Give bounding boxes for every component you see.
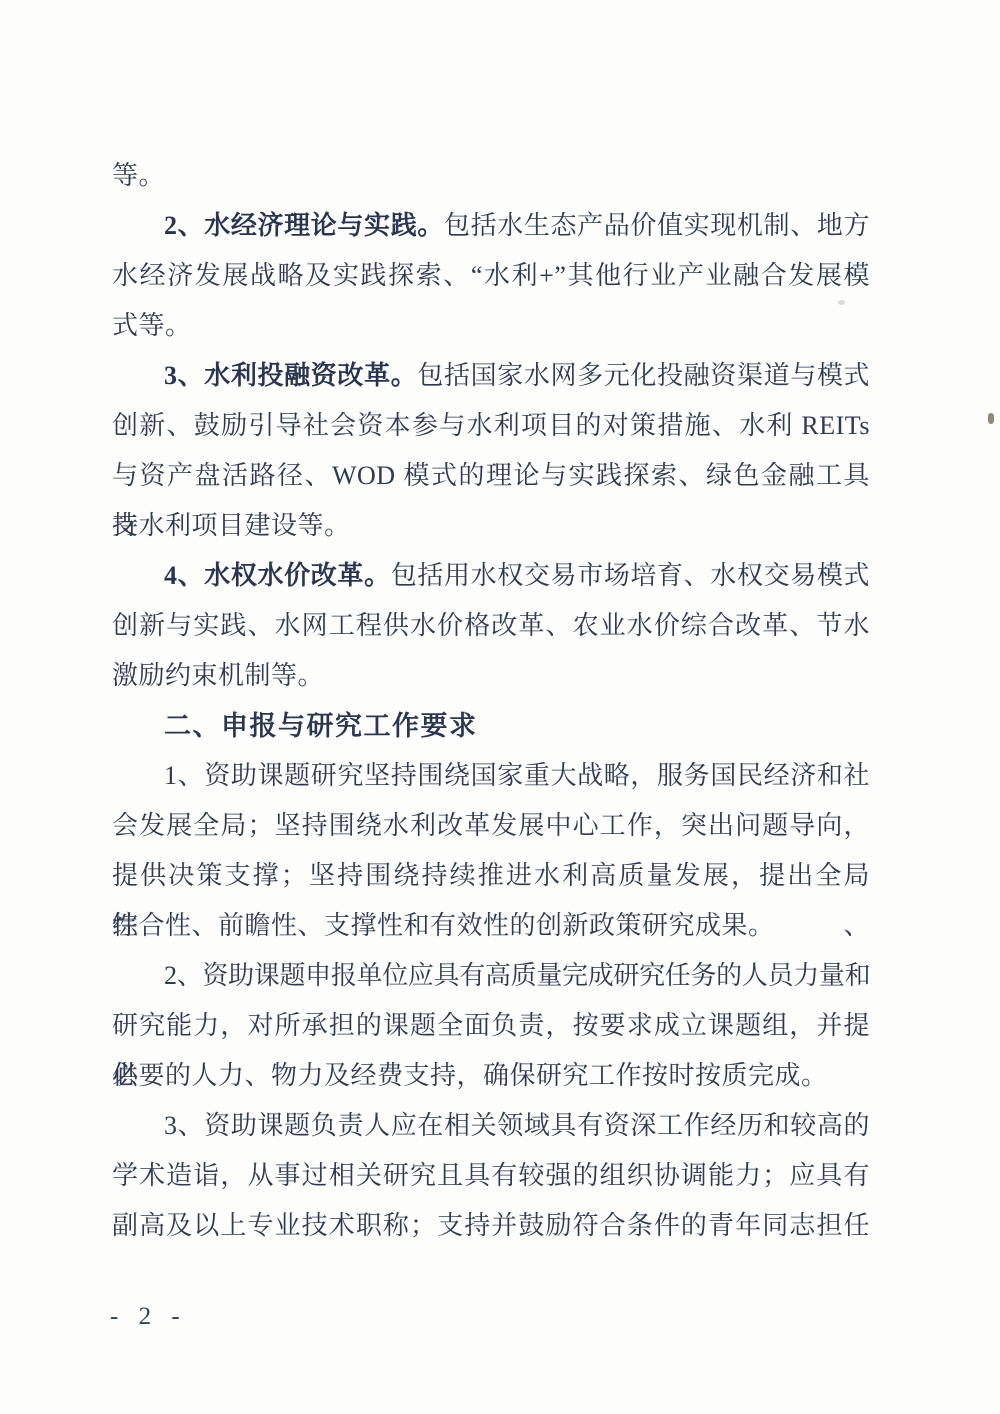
topic3-line-2: 创新、鼓励引导社会资本参与水利项目的对策措施、水利 REITs bbox=[112, 401, 870, 451]
req1-line-2: 会发展全局；坚持围绕水利改革发展中心工作，突出问题导向， bbox=[112, 801, 870, 851]
topic4-line-3: 激励约束机制等。 bbox=[112, 651, 870, 701]
page-number: - 2 - bbox=[110, 1303, 187, 1331]
topic3-title: 3、水利投融资改革。 bbox=[164, 361, 417, 390]
topic2-line-2: 水经济发展战略及实践探索、“水利+”其他行业产业融合发展模 bbox=[112, 251, 870, 301]
req1-line-4: 综合性、前瞻性、支撑性和有效性的创新政策研究成果。 bbox=[112, 901, 870, 951]
topic4-line-1: 4、水权水价改革。包括用水权交易市场培育、水权交易模式 bbox=[112, 551, 870, 601]
req2-line-3: 必要的人力、物力及经费支持，确保研究工作按时按质完成。 bbox=[112, 1051, 870, 1101]
topic4-text: 包括用水权交易市场培育、水权交易模式 bbox=[391, 561, 870, 590]
req2-line-1: 2、资助课题申报单位应具有高质量完成研究任务的人员力量和 bbox=[112, 951, 870, 1001]
topic3-line-3: 与资产盘活路径、WOD 模式的理论与实践探索、绿色金融工具支 bbox=[112, 451, 870, 501]
topic4-line-2: 创新与实践、水网工程供水价格改革、农业水价综合改革、节水 bbox=[112, 601, 870, 651]
topic4-title: 4、水权水价改革。 bbox=[164, 561, 391, 590]
req1-line-1: 1、资助课题研究坚持围绕国家重大战略，服务国民经济和社 bbox=[112, 751, 870, 801]
topic3-text: 包括国家水网多元化投融资渠道与模式 bbox=[417, 361, 870, 390]
paragraph-tail-line: 等。 bbox=[112, 151, 870, 201]
req3-line-2: 学术造诣，从事过相关研究且具有较强的组织协调能力；应具有 bbox=[112, 1151, 870, 1201]
section-heading: 二、申报与研究工作要求 bbox=[112, 701, 870, 751]
scanned-document-page: 等。 2、水经济理论与实践。包括水生态产品价值实现机制、地方 水经济发展战略及实… bbox=[0, 0, 1000, 1414]
topic3-line-4: 持水利项目建设等。 bbox=[112, 501, 870, 551]
topic3-line-1: 3、水利投融资改革。包括国家水网多元化投融资渠道与模式 bbox=[112, 351, 870, 401]
req2-line-2: 研究能力，对所承担的课题全面负责，按要求成立课题组，并提供 bbox=[112, 1001, 870, 1051]
document-body: 等。 2、水经济理论与实践。包括水生态产品价值实现机制、地方 水经济发展战略及实… bbox=[112, 151, 870, 1251]
req3-line-3: 副高及以上专业技术职称；支持并鼓励符合条件的青年同志担任 bbox=[112, 1201, 870, 1251]
topic2-line-3: 式等。 bbox=[112, 301, 870, 351]
topic2-title: 2、水经济理论与实践。 bbox=[164, 211, 444, 240]
scan-speck bbox=[988, 413, 994, 424]
topic2-line-1: 2、水经济理论与实践。包括水生态产品价值实现机制、地方 bbox=[112, 201, 870, 251]
req3-line-1: 3、资助课题负责人应在相关领域具有资深工作经历和较高的 bbox=[112, 1101, 870, 1151]
scan-speck bbox=[838, 300, 845, 305]
req1-line-3: 提供决策支撑；坚持围绕持续推进水利高质量发展，提出全局性、 bbox=[112, 851, 870, 901]
topic2-text: 包括水生态产品价值实现机制、地方 bbox=[444, 211, 870, 240]
